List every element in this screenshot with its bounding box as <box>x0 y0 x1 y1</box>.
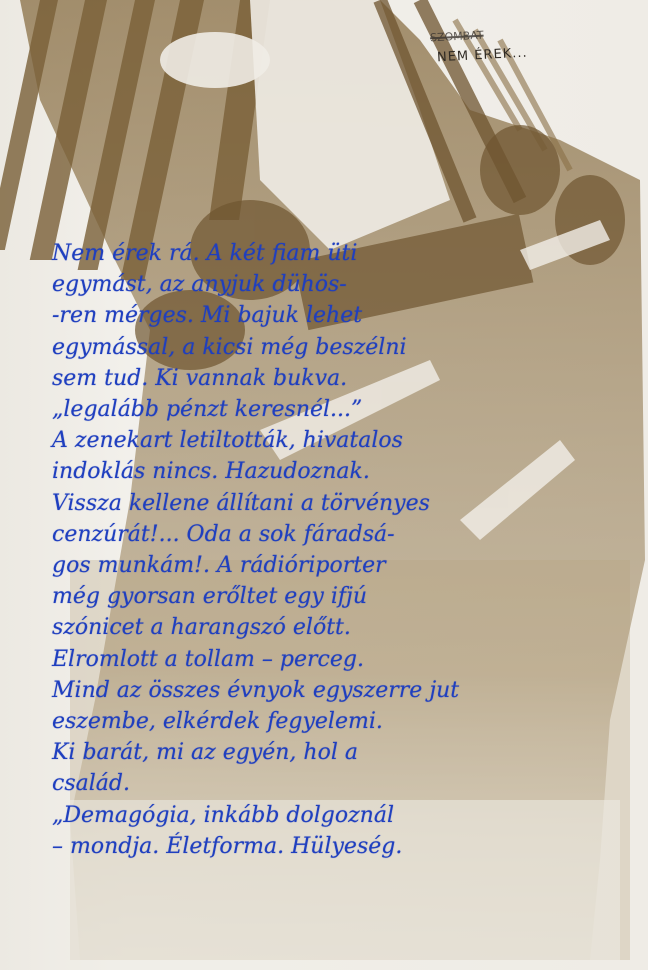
handwritten-line: „Demagógia, inkább dolgoznál <box>52 800 612 831</box>
handwritten-line: „legalább pénzt keresnél...” <box>52 394 612 425</box>
handwritten-line: indoklás nincs. Hazudoznak. <box>52 456 612 487</box>
handwritten-line: cenzúrát!... Oda a sok fáradsá- <box>52 519 612 550</box>
handwritten-line: gos munkám!. A rádióriporter <box>52 550 612 581</box>
handwritten-line: még gyorsan erőltet egy ifjú <box>52 581 612 612</box>
handwritten-line: Nem érek rá. A két fiam üti <box>52 238 612 269</box>
handwritten-line: Ki barát, mi az egyén, hol a <box>52 737 612 768</box>
handwritten-line: egymást, az anyjuk dühös- <box>52 269 612 300</box>
handwritten-line: -ren mérges. Mi bajuk lehet <box>52 300 612 331</box>
handwritten-line: – mondja. Életforma. Hülyeség. <box>52 831 612 862</box>
handwritten-line: család. <box>52 768 612 799</box>
handwritten-line: egymással, a kicsi még beszélni <box>52 332 612 363</box>
handwritten-line: A zenekart letiltották, hivatalos <box>52 425 612 456</box>
handwritten-line: sem tud. Ki vannak bukva. <box>52 363 612 394</box>
handwritten-line: Vissza kellene állítani a törvényes <box>52 488 612 519</box>
handwritten-text: Nem érek rá. A két fiam üti egymást, az … <box>52 238 612 862</box>
handwritten-line: eszembe, elkérdek fegyelemi. <box>52 706 612 737</box>
handwritten-line: Mind az összes évnyok egyszerre jut <box>52 675 612 706</box>
artwork: SZOMBAT NEM ÉREK... Nem érek rá. A két f… <box>0 0 648 970</box>
handwritten-line: Elromlott a tollam – perceg. <box>52 644 612 675</box>
handwritten-line: szónicet a harangszó előtt. <box>52 612 612 643</box>
